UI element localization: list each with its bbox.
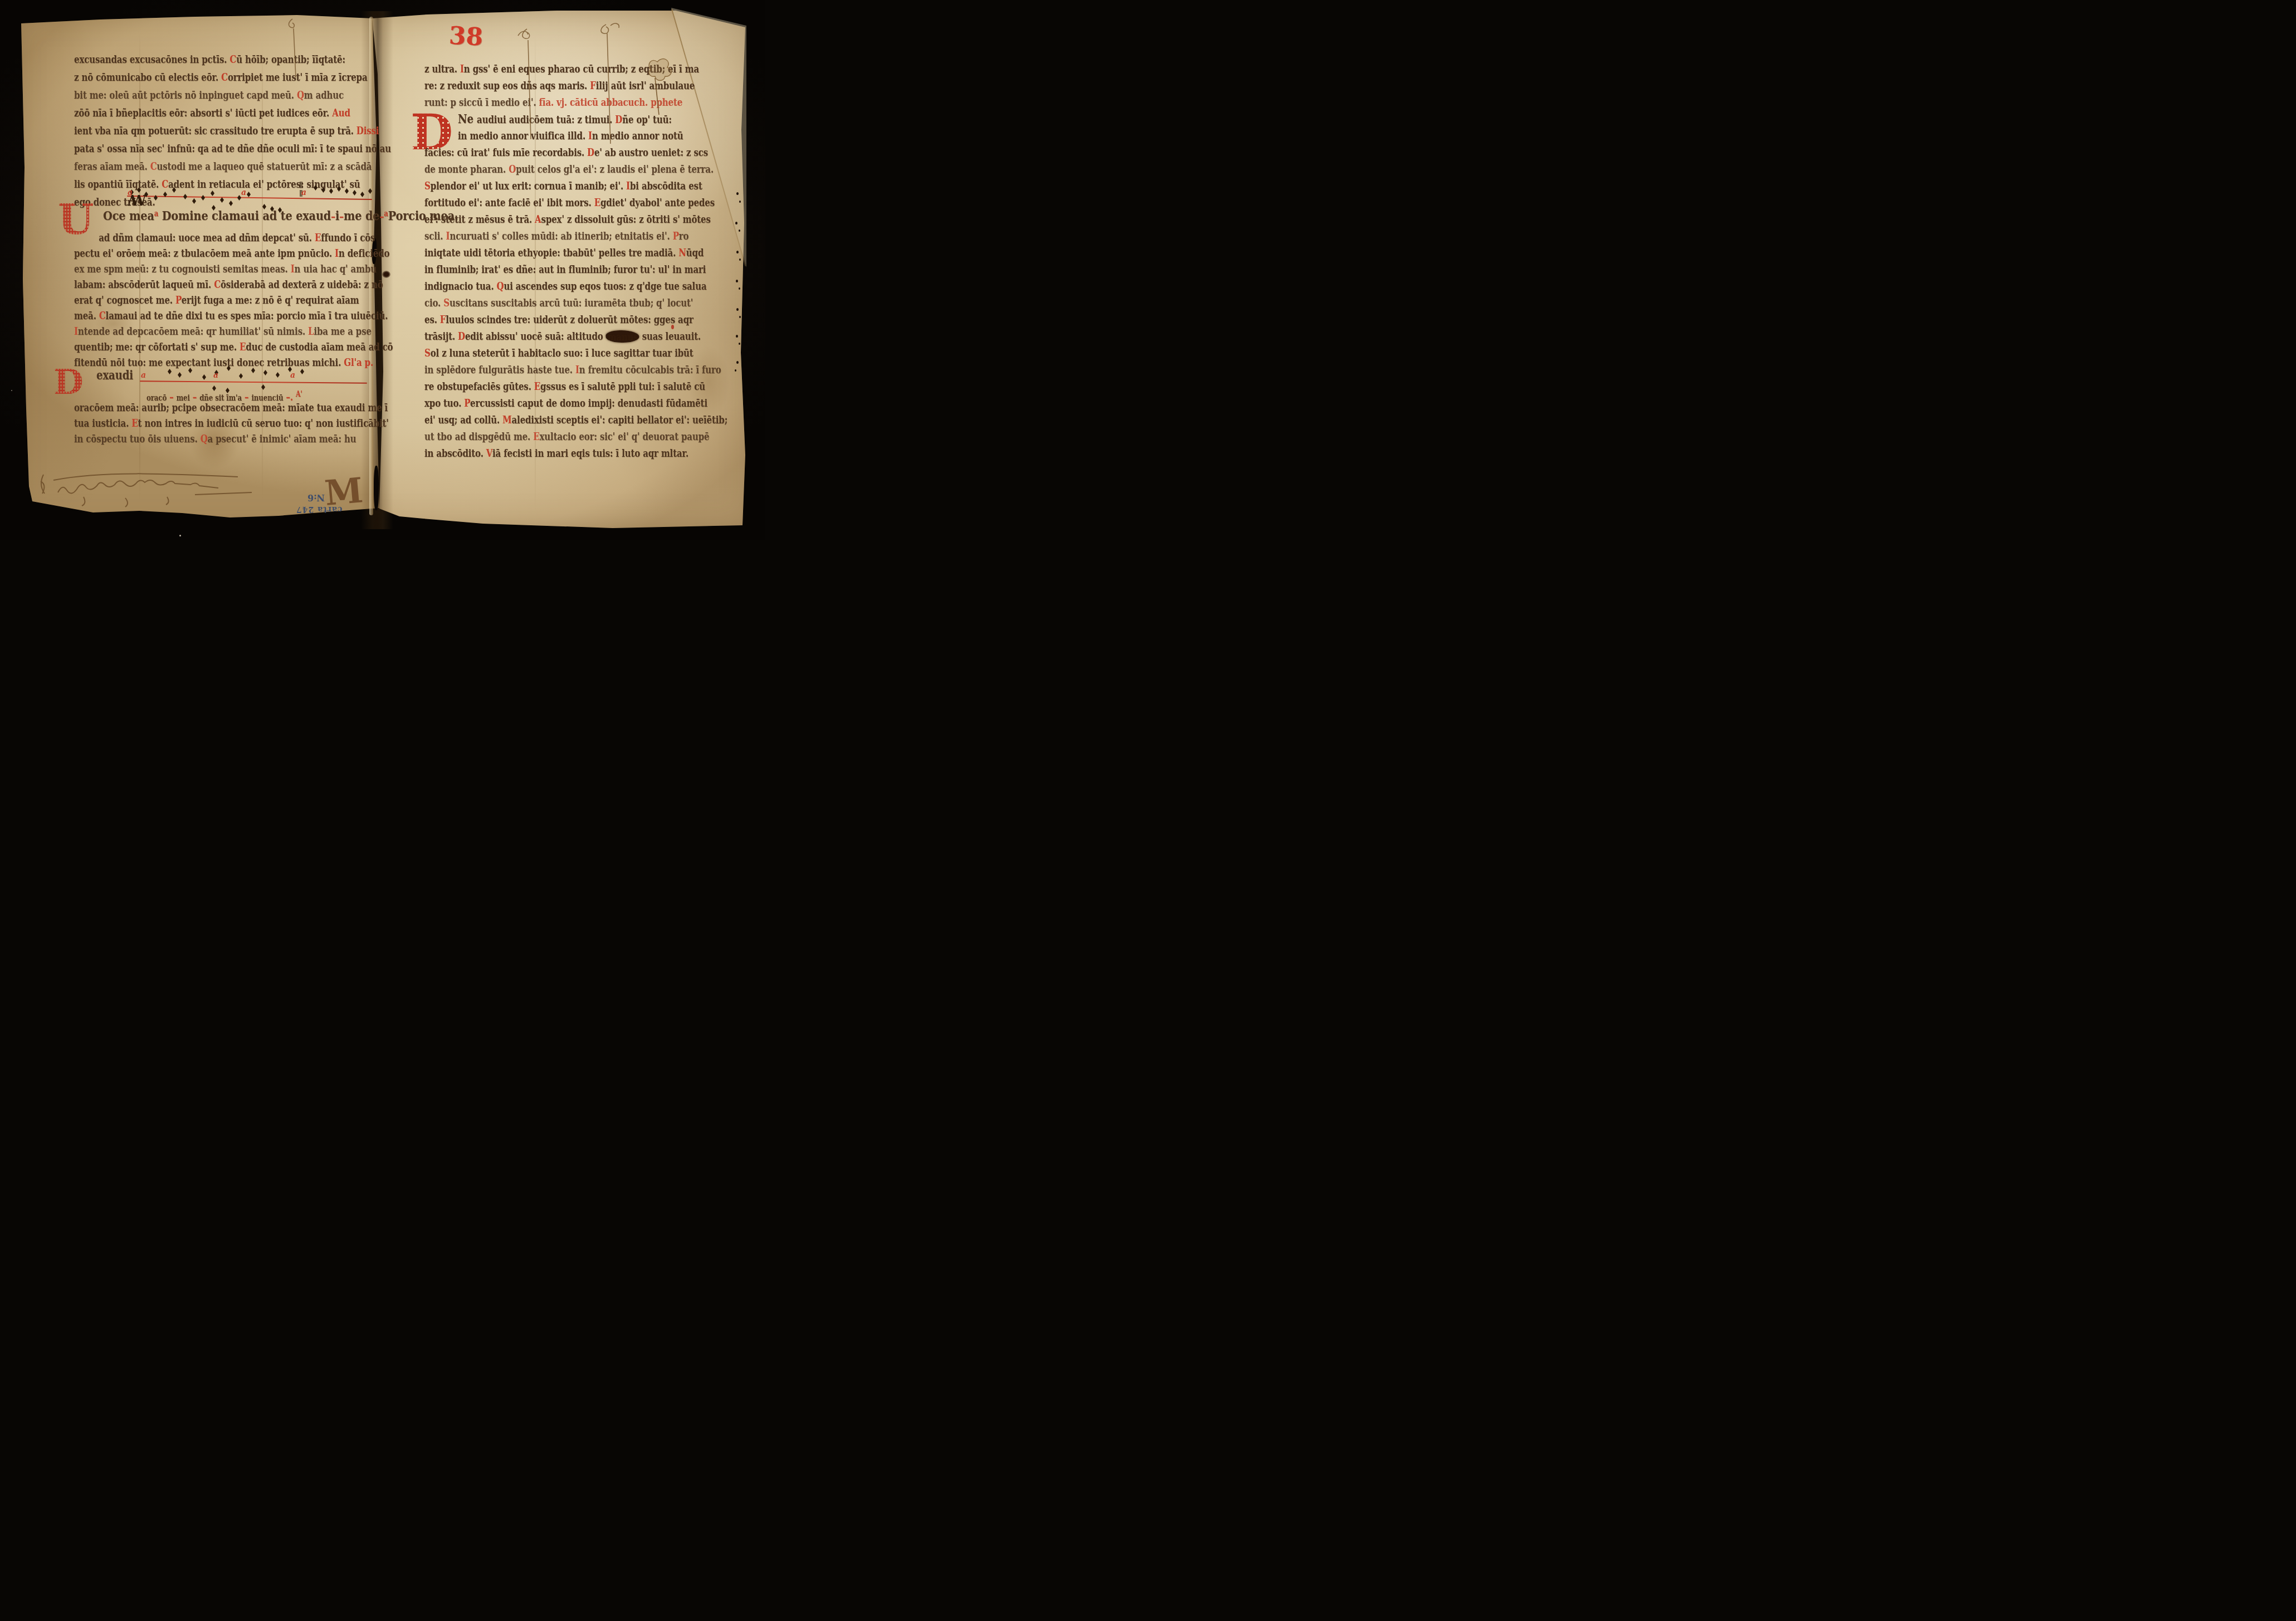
text-run: plendor ei' ut lux erit: cornua ī manib;…: [431, 180, 626, 192]
text-run: facies: cū irat' fuis mīe recordabis.: [424, 147, 587, 159]
manuscript-line: in cōspectu tuo ōis uiuens. Qa psecut' ē…: [74, 432, 391, 446]
text-run: gssus es ī salutē ppli tui: ī salutē cū: [540, 380, 705, 393]
habakkuk-canticle-text-block: z ultra. In gss' ē eni eques pharao cū c…: [424, 62, 742, 469]
manuscript-line: cio. Suscitans suscitabis arcū tuū: iura…: [424, 296, 741, 310]
rubric-text-run: F: [440, 314, 446, 326]
rubric-text-run: C: [150, 160, 157, 173]
rubric-text-run: C: [99, 310, 106, 322]
text-run: ient vba nīa qm potuerūt: sic crassitudo…: [74, 125, 356, 137]
rubric-text-run: P: [673, 230, 679, 242]
manuscript-line: indignacio tua. Qui ascendes sup eqos tu…: [424, 280, 741, 293]
manuscript-line: xpo tuo. Percussisti caput de domo impij…: [424, 397, 741, 410]
text-run: meā.: [74, 310, 99, 322]
text-run: xpo tuo.: [424, 397, 464, 409]
rubric-text-run: E: [315, 232, 321, 244]
manuscript-line: excusandas excusacōnes in pctīs. Cū hōīb…: [74, 53, 391, 66]
manuscript-line: fortitudo ei': ante faciē ei' ibit mors.…: [424, 196, 741, 209]
text-run: feras aīam meā.: [74, 160, 150, 173]
neume-diamond: [183, 194, 187, 199]
text-run: re obstupefaciēs gūtes.: [424, 380, 534, 393]
text-run: fortitudo ei': ante faciē ei' ibit mors.: [424, 197, 594, 209]
text-run: spex' z dissoluit gūs: z ōtriti s' mōtes: [541, 213, 711, 226]
text-run: ei' usq; ad collū.: [424, 414, 502, 426]
clef-letter: a: [213, 371, 218, 380]
rubric-text-run: C: [214, 279, 221, 291]
text-run: indignacio tua.: [424, 280, 497, 292]
rubric-text-run: L: [308, 325, 314, 338]
clef-letter: a: [301, 188, 306, 197]
manuscript-line: ut tbo ad dispgēdū me. Exultacio eor: si…: [424, 430, 741, 443]
rubric-text-run: C: [221, 71, 228, 84]
rubric-text-run: Q: [297, 89, 304, 101]
text-run: trāsijt.: [424, 330, 458, 343]
neume-diamond: [368, 188, 372, 194]
text-run: bit me: oleū aūt pctōris nō inpinguet ca…: [74, 89, 297, 101]
rubric-text-run: D: [615, 114, 622, 126]
manuscript-line: de monte pharan. Opuit celos gl'a ei': z…: [424, 163, 741, 176]
text-run: ad dñm clamaui: uoce mea ad dñm depcat' …: [99, 232, 315, 244]
neume-diamond: [201, 195, 205, 201]
rubric-text-run: Q: [497, 280, 504, 292]
text-run: quentib; me: qr cōfortati s' sup me.: [74, 341, 240, 353]
clef-letter: a: [141, 371, 146, 380]
text-run: t non intres in iudiciū cū seruo tuo: q'…: [138, 417, 389, 429]
text-run: excusandas excusacōnes in pctīs.: [74, 53, 229, 66]
text-run: es.: [424, 314, 440, 326]
rubric-text-run: F: [590, 80, 596, 92]
text-run: n fremitu cōculcabis trā: ī furo: [579, 364, 721, 376]
text-run: aledixisti sceptis ei': capiti bellator …: [512, 414, 728, 426]
text-run: ffundo ī cōs: [321, 232, 375, 244]
neume-diamond: [360, 192, 364, 197]
text-run: Domine clamaui ad te exaud: [158, 208, 331, 223]
rubric-text-run: E: [594, 197, 600, 209]
text-run: duc de custodia aīam meā ad cō: [246, 341, 393, 353]
antiphon-line: Oce meaa Domine clamaui ad te exaud–i–me…: [74, 207, 440, 223]
text-run: erat q' cognoscet me.: [74, 294, 175, 306]
neume-diamond: [353, 190, 356, 196]
clef-letter: a: [290, 371, 295, 380]
manuscript-line: Intende ad depcacōem meā: qr humiliat' s…: [74, 325, 391, 338]
rubric-text-run: N: [678, 247, 686, 259]
text-run: edit abissu' uocē suā: altitudo: [465, 330, 606, 343]
manuscript-line: in medio annor viuifica illd. In medio a…: [424, 129, 765, 143]
text-run: pata s' ossa nīa sec' infnū: qa ad te dñ…: [74, 143, 391, 155]
rubric-text-run: I: [626, 180, 630, 192]
text-run: Oce mea: [103, 208, 154, 223]
text-run: manus: [606, 330, 639, 343]
manuscript-line: z nō cōmunicabo cū electis eōr. Corripie…: [74, 71, 391, 84]
text-run: e' ab austro ueniet: z scs: [594, 147, 708, 159]
rubric-text-run: E: [131, 417, 138, 429]
manuscript-line: re obstupefaciēs gūtes. Egssus es ī salu…: [424, 380, 741, 393]
text-run: tua iusticia.: [74, 417, 131, 429]
rubric-text-run: Aud: [332, 107, 350, 119]
text-run: n deficiēdo: [339, 247, 390, 260]
rubric-text-run: –: [339, 211, 344, 223]
text-run: ol z luna steterūt ī habitaclo suo: ī lu…: [431, 347, 693, 359]
text-run: ei': stetit z mēsus ē trā.: [424, 213, 535, 226]
neume-diamond: [172, 187, 176, 193]
text-run: m adhuc: [304, 89, 344, 101]
psalm-141-text-block: ad dñm clamaui: uoce mea ad dñm depcat' …: [74, 231, 375, 376]
manuscript-line: quentib; me: qr cōfortati s' sup me. Edu…: [74, 340, 391, 354]
manuscript-line: trāsijt. Dedit abissu' uocē suā: altitud…: [424, 330, 741, 343]
manuscript-line: scli. Incuruati s' colles mūdi: ab itine…: [424, 230, 741, 243]
text-run: pectu ei' orōem meā: z tbulacōem meā ant…: [74, 247, 335, 260]
text-run: in abscōdito.: [424, 447, 486, 460]
manuscript-line: in abscōdito. Viā fecisti in mari eqis t…: [424, 447, 741, 460]
rubric-text-run: O: [509, 163, 516, 175]
neume-diamond: [329, 188, 333, 194]
text-run: i: [335, 208, 339, 223]
manuscript-line: z ultra. In gss' ē eni eques pharao cū c…: [424, 62, 741, 76]
text-run: in medio annor viuifica illd.: [458, 130, 588, 142]
manuscript-line: pectu ei' orōem meā: z tbulacōem meā ant…: [74, 247, 391, 260]
manuscript-line: ei' usq; ad collū. Maledixisti sceptis e…: [424, 413, 741, 427]
text-run: ut tbo ad dispgēdū me.: [424, 431, 533, 443]
music-staff-antiphon-exaudi: exaudi aaaoracō – mei – dñe sit īm'a – i…: [74, 364, 375, 400]
neume-diamond: [345, 188, 349, 194]
text-run: lamaui ad te dñe dixi tu es spes mīa: po…: [106, 310, 388, 322]
manuscript-line: bit me: oleū aūt pctōris nō inpinguet ca…: [74, 89, 391, 102]
manuscript-line: facies: cū irat' fuis mīe recordabis. De…: [424, 146, 741, 159]
rubric-text-run: I: [460, 63, 464, 75]
antiphon-word: exaudi: [96, 368, 133, 383]
neume-diamond: [220, 197, 224, 203]
text-run: bi abscōdita est: [630, 180, 702, 192]
text-run: ercussisti caput de domo impij: denudast…: [470, 397, 707, 409]
manuscript-line: pata s' ossa nīa sec' infnū: qa ad te dñ…: [74, 142, 391, 155]
text-run: ex me spm meū: z tu cognouisti semitas m…: [74, 263, 291, 275]
manuscript-line: re: z reduxit sup eos dñs aqs maris. Fil…: [424, 79, 741, 92]
rubric-text-run: A': [296, 390, 302, 399]
text-run: ūqd: [686, 247, 704, 259]
text-run: uscitans suscitabis arcū tuū: iuramēta t…: [450, 297, 693, 309]
text-run: erijt fuga a me: z nō ē q' requirat aīam: [182, 294, 359, 306]
text-run: ū hōīb; opantib; īīqtatē:: [236, 53, 345, 66]
text-run: re: z reduxit sup eos dñs aqs maris.: [424, 80, 590, 92]
neume-diamond: [211, 191, 214, 196]
manuscript-line: Sol z luna steterūt ī habitaclo suo: ī l…: [424, 346, 741, 360]
rubric-text-run: C: [229, 53, 236, 66]
rubric-text-run: I: [74, 325, 78, 338]
manuscript-line: zōō nīa ī bñeplacitis eōr: absorti s' iū…: [74, 106, 391, 120]
rubric-text-run: –: [379, 211, 384, 223]
rubric-text-run: I: [291, 263, 295, 275]
manuscript-line: in fluminib; irat' es dñe: aut in flumin…: [424, 263, 741, 276]
text-run: orripiet me iust' ī mīa z īcrepa: [228, 71, 368, 84]
text-run: luuios scindes tre: uiderūt z doluerūt m…: [446, 314, 693, 326]
manuscript-line: in splēdore fulgurātis haste tue. In fre…: [424, 363, 741, 377]
rubric-text-run: Dissi: [356, 125, 379, 137]
text-run: in fluminib; irat' es dñe: aut in flumin…: [424, 263, 706, 276]
manuscript-line: tua iusticia. Et non intres in iudiciū c…: [74, 417, 391, 430]
text-run: iniqtate uidi tētoria ethyopie: tbabūt' …: [424, 247, 678, 259]
text-run: iba me a pse: [314, 325, 371, 338]
manuscript-line: ient vba nīa qm potuerūt: sic crassitudo…: [74, 124, 391, 138]
neume-diamond: [237, 195, 241, 201]
psalm-142-text-block: oracōem meā: aurib; pcipe obsecracōem me…: [74, 401, 375, 451]
text-run: xultacio eor: sic' ei' q' deuorat paupē: [540, 431, 710, 443]
text-run: me de: [344, 208, 379, 223]
text-run: cio.: [424, 297, 443, 309]
text-run: a psecut' ē inimic' aīam meā: hu: [208, 433, 356, 445]
rubric-text-run: S: [443, 297, 450, 309]
rubric-text-run: E: [240, 341, 246, 353]
rubric-text-run: fīa. vj. cāticū abbacuch. pphete: [539, 96, 683, 109]
shelfmark-note: N:6: [307, 492, 325, 503]
rubric-text-run: M: [502, 414, 511, 426]
text-run: Ne: [458, 111, 477, 126]
text-run: ustodi me a laqueo quē statuerūt mī: z a…: [157, 160, 372, 173]
rubric-text-run: S: [424, 347, 431, 359]
text-run: puit celos gl'a ei': z laudis ei' plena …: [516, 163, 714, 175]
manuscript-scan: 38 excusandas excusacōnes in pctīs. Cū h…: [0, 0, 765, 540]
text-run: iā fecisti in mari eqis tuis: ī luto aqr…: [492, 447, 688, 460]
rubric-text-run: P: [464, 397, 470, 409]
rubric-text-run: D: [587, 147, 594, 159]
manuscript-line: meā. Clamaui ad te dñe dixi tu es spes m…: [74, 309, 391, 323]
rubric-text-run: a: [154, 209, 158, 218]
text-run: zōō nīa ī bñeplacitis eōr: absorti s' iū…: [74, 107, 332, 119]
rubric-text-run: Q: [201, 433, 208, 445]
manuscript-line: ei': stetit z mēsus ē trā. Aspex' z diss…: [424, 213, 741, 226]
text-run: runt: p siccū ī medio ei'.: [424, 96, 539, 109]
text-run: audiui audicōem tuā: z timui.: [477, 114, 615, 126]
text-run: gdiet' dyabol' ante pedes: [600, 197, 715, 209]
text-run: ro: [679, 230, 689, 242]
manuscript-line: feras aīam meā. Custodi me a laqueo quē …: [74, 160, 391, 173]
text-run: ilij aūt isrl' ambulaue: [596, 80, 695, 92]
text-run: labam: abscōderūt laqueū mī.: [74, 279, 214, 291]
text-run: de monte pharan.: [424, 163, 509, 175]
text-run: ui ascendes sup eqos tuos: z q'dge tue s…: [504, 280, 706, 292]
neume-diamond: [192, 198, 196, 204]
manuscript-line: ad dñm clamaui: uoce mea ad dñm depcat' …: [74, 231, 416, 245]
neume-diamond: [229, 201, 233, 206]
manuscript-line: es. Fluuios scindes tre: uiderūt z dolue…: [424, 313, 741, 326]
rubric-text-run: I: [588, 130, 592, 142]
neume-diamond: [314, 185, 317, 191]
manuscript-line: ex me spm meū: z tu cognouisti semitas m…: [74, 262, 391, 276]
text-run: z ultra.: [424, 63, 460, 75]
manuscript-line: erat q' cognoscet me. Perijt fuga a me: …: [74, 294, 391, 307]
gutter-tear-gap: [374, 466, 379, 510]
manuscript-line: Ne audiui audicōem tuā: z timui. Dñe op'…: [424, 113, 765, 126]
text-run: ncuruati s' colles mūdi: ab itinerib; et…: [450, 230, 672, 242]
rubric-text-run: S: [424, 180, 431, 192]
neume-diamond: [337, 186, 341, 192]
staff-line: [127, 196, 372, 200]
rubric-text-run: P: [175, 294, 182, 306]
text-run: scli.: [424, 230, 446, 242]
text-run: oracōem meā: aurib; pcipe obsecracōem me…: [74, 402, 388, 414]
rubric-text-run: E: [533, 431, 539, 443]
text-run: in cōspectu tuo ōis uiuens.: [74, 433, 201, 445]
shelfmark-note-carta: carta 247: [296, 505, 343, 514]
clef-letter: a: [241, 188, 246, 197]
rubric-text-run: A: [535, 213, 541, 226]
text-run: ōsiderabā ad dexterā z uidebā: z nō: [221, 279, 383, 291]
rubric-text-run: E: [534, 380, 540, 393]
clef-letter: a: [128, 188, 133, 197]
text-run: n gss' ē eni eques pharao cū currib; z e…: [464, 63, 699, 75]
manuscript-line: runt: p siccū ī medio ei'. fīa. vj. cāti…: [424, 96, 741, 109]
text-run: z nō cōmunicabo cū electis eōr.: [74, 71, 221, 84]
neume-diamond: [137, 187, 141, 193]
dust-speck: [179, 535, 181, 536]
text-run: suas leuauit.: [639, 330, 701, 343]
folio-number: 38: [448, 21, 484, 51]
manuscript-line: iniqtate uidi tētoria ethyopie: tbabūt' …: [424, 246, 741, 260]
text-run: in splēdore fulgurātis haste tue.: [424, 364, 575, 376]
dust-speck: [11, 390, 12, 391]
antiphon-voce-mea-line: Oce meaa Domine clamaui ad te exaud–i–me…: [74, 207, 375, 230]
text-run: ntende ad depcacōem meā: qr humiliat' sū…: [78, 325, 308, 338]
rubric-text-run: D: [458, 330, 465, 343]
manuscript-line: Splendor ei' ut lux erit: cornua ī manib…: [424, 179, 741, 193]
rubric-text-run: I: [575, 364, 579, 376]
neume-diamond: [321, 187, 325, 193]
text-run: n uia hac q' ambu: [295, 263, 377, 275]
rubric-text-run: a: [384, 209, 388, 218]
manuscript-line: labam: abscōderūt laqueū mī. Cōsiderabā …: [74, 278, 391, 291]
text-run: ñe op' tuū:: [622, 114, 672, 126]
neume-diamond: [247, 192, 251, 197]
text-run: n medio annor notū: [592, 130, 683, 142]
manuscript-line: oracōem meā: aurib; pcipe obsecracōem me…: [74, 401, 391, 414]
rubric-text-run: V: [486, 447, 492, 460]
